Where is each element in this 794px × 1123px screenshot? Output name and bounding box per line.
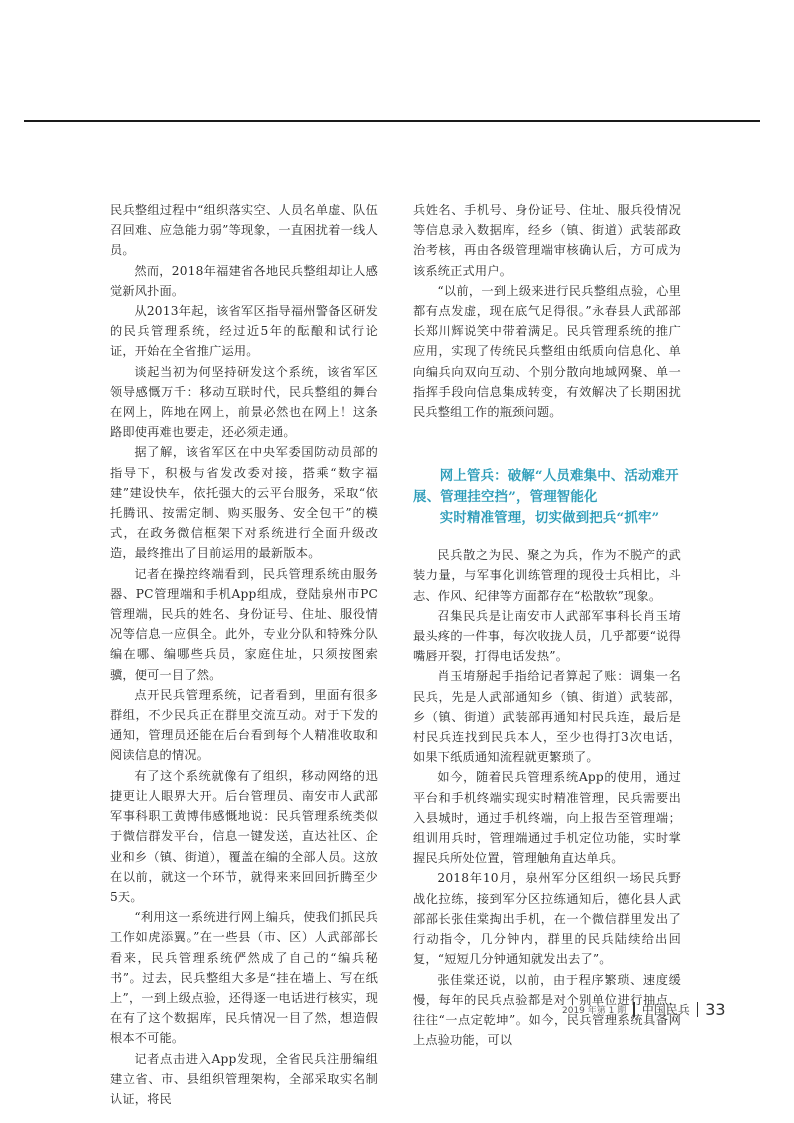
paragraph: 肖玉堉掰起手指给记者算起了账：调集一名民兵，先是人武部通知乡（镇、街道）武装部，… [413,666,681,767]
paragraph: 兵姓名、手机号、身份证号、住址、服兵役情况等信息录入数据库，经乡（镇、街道）武装… [413,200,681,281]
section-heading: 网上管兵：破解“人员难集中、活动难开展、管理挂空挡”，管理智能化 实时精准管理，… [413,466,681,529]
right-column: 兵姓名、手机号、身份证号、住址、服兵役情况等信息录入数据库，经乡（镇、街道）武装… [413,200,681,1050]
top-rule-divider [24,120,760,122]
paragraph: 民兵散之为民、聚之为兵，作为不脱产的武装力量，与军事化训练管理的现役士兵相比，斗… [413,545,681,606]
footer-separator [633,1002,635,1017]
page-number: 33 [705,1000,725,1019]
paragraph: 2018年10月，泉州军分区组织一场民兵野战化拉练，接到军分区拉练通知后，德化县… [413,868,681,969]
paragraph: 如今，随着民兵管理系统App的使用，通过平台和手机终端实现实时精准管理，民兵需要… [413,767,681,868]
section-heading-line-1: 网上管兵：破解“人员难集中、活动难开展、管理挂空挡”，管理智能化 [413,466,681,508]
paragraph: 有了这个系统就像有了组织，移动网络的迅捷更让人眼界大开。后台管理员、南安市人武部… [110,766,378,907]
paragraph: “利用这一系统进行网上编兵，使我们抓民兵工作如虎添翼。”在一些县（市、区）人武部… [110,907,378,1048]
left-column: 民兵整组过程中“组织落实空、人员名单虚、队伍召回难、应急能力弱”等现象，一直困扰… [110,200,378,1109]
paragraph: 记者点击进入App发现，全省民兵注册编组建立省、市、县组织管理架构，全部采取实名… [110,1049,378,1110]
paragraph: 召集民兵是让南安市人武部军事科长肖玉堉最头疼的一件事，每次收拢人员，几乎都要“说… [413,606,681,667]
paragraph: 记者在操控终端看到，民兵管理系统由服务器、PC管理端和手机App组成，登陆泉州市… [110,564,378,685]
paragraph: 民兵整组过程中“组织落实空、人员名单虚、队伍召回难、应急能力弱”等现象，一直困扰… [110,200,378,261]
paragraph: 点开民兵管理系统，记者看到，里面有很多群组，不少民兵正在群里交流互动。对于下发的… [110,685,378,766]
magazine-name: 中国民兵 [642,1001,690,1018]
page-footer: 2019 年第 1 期 中国民兵 33 [562,1000,726,1019]
section-heading-line-2: 实时精准管理，切实做到把兵“抓牢” [413,508,681,529]
paragraph: “以前，一到上级来进行民兵整组点验，心里都有点发虚，现在底气足得很。”永春县人武… [413,281,681,422]
paragraph: 从2013年起，该省军区指导福州警备区研发的民兵管理系统，经过近5年的酝酿和试行… [110,301,378,362]
paragraph: 据了解，该省军区在中央军委国防动员部的指导下，积极与省发改委对接，搭乘“数字福建… [110,442,378,563]
issue-label: 2019 年第 1 期 [562,1003,626,1016]
paragraph: 然而，2018年福建省各地民兵整组却让人感觉新风扑面。 [110,261,378,301]
footer-separator [697,1002,699,1017]
paragraph: 谈起当初为何坚持研发这个系统，该省军区领导感慨万千：移动互联时代，民兵整组的舞台… [110,362,378,443]
